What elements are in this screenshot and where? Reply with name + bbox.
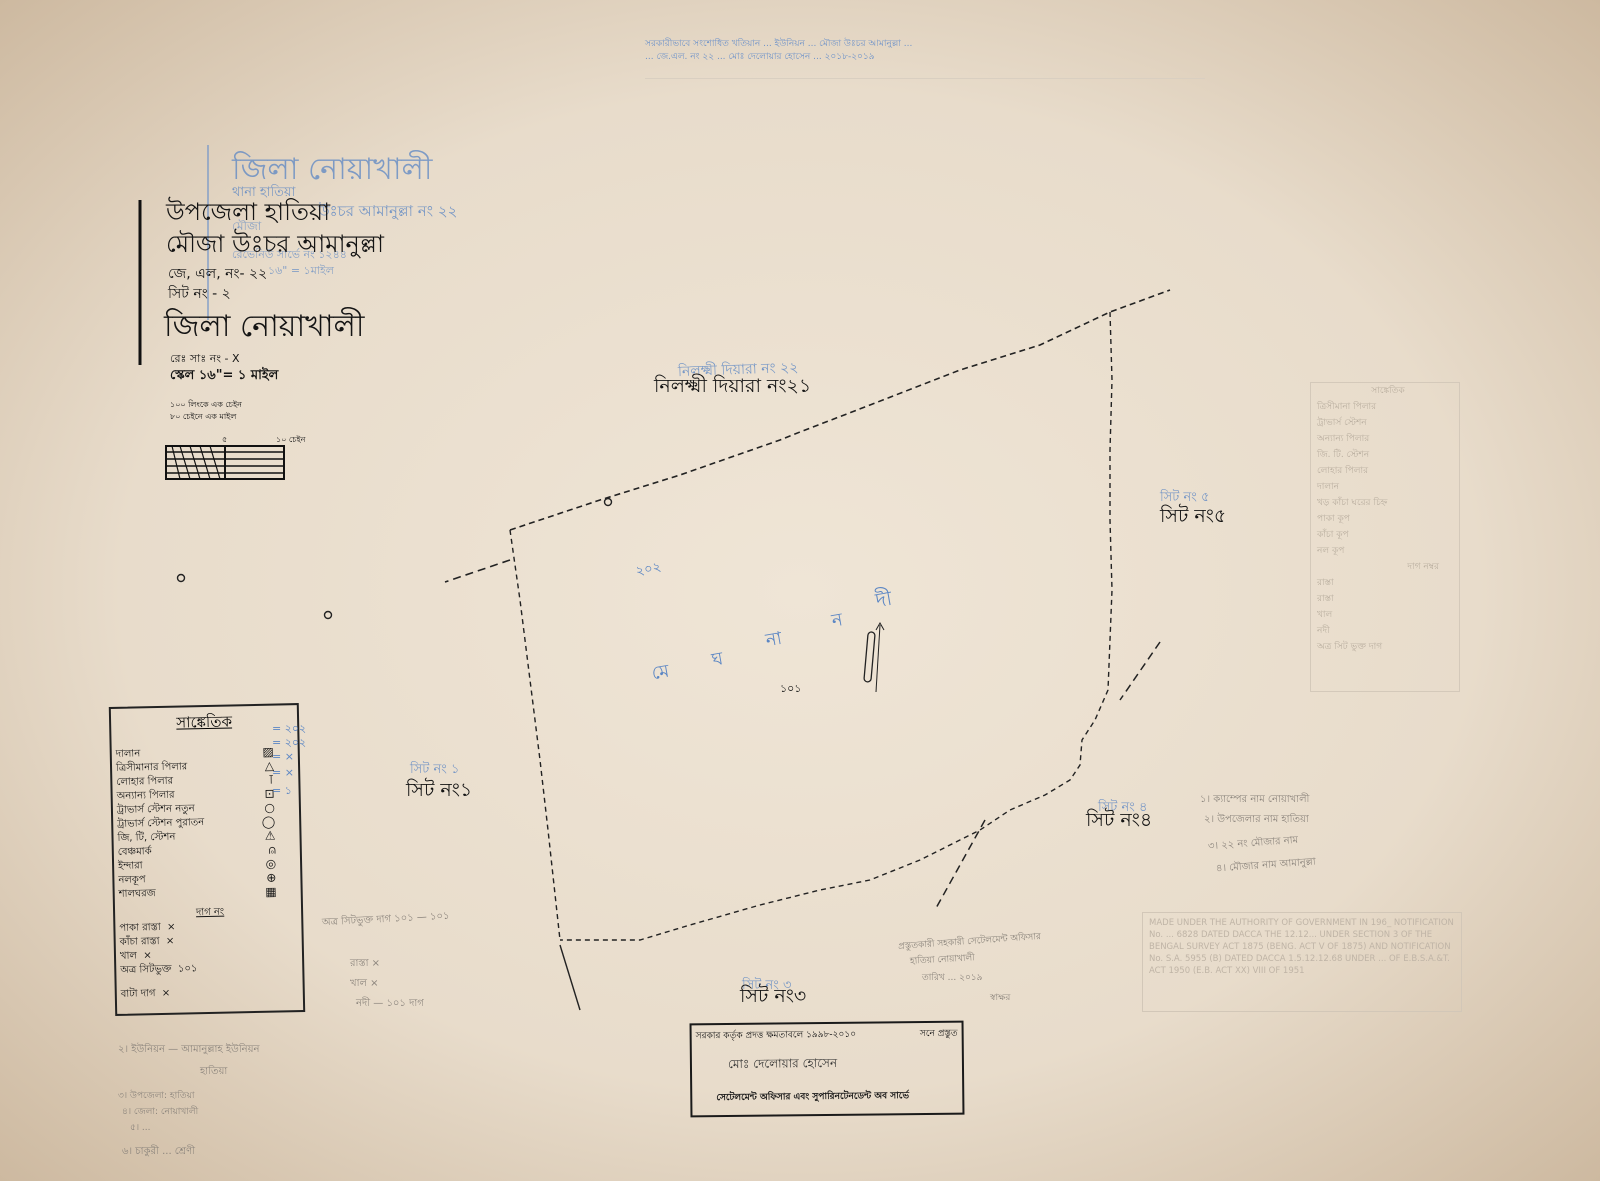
pencil-note: নদী — ১০১ দাগ	[356, 996, 424, 1013]
pencil-note: ১। ক্যাম্পের নাম নোয়াখালী	[1200, 792, 1309, 809]
stamp-line-1: সরকার কর্তৃক প্রদত্ত ক্ষমতাবলে ১৯৯৮-২০১০	[696, 1030, 857, 1042]
west-sheet: সিট নং১	[406, 776, 472, 808]
legend-note-3: = ×	[272, 750, 294, 763]
pencil-note: ৪। জেলা: নোয়াখালী	[122, 1104, 198, 1119]
legend-title: সাঙ্কেতিক	[111, 709, 297, 738]
legend-note-5: = ১	[272, 782, 292, 801]
stamp-line-1-right: সনে প্রস্তুত	[920, 1026, 958, 1041]
east-sheet: সিট নং৫	[1160, 502, 1226, 534]
dag-item: বাটা দাগ ×	[117, 984, 303, 1002]
map-sheet: সরকারীভাবে সংশোধিত খতিয়ান ... ইউনিয়ন .…	[0, 0, 1600, 1181]
pencil-note: স্বাক্ষর	[990, 990, 1010, 1005]
scale-note-2: ৮০ চেইনে এক মাইল	[170, 411, 236, 424]
pencil-note: ৫। ...	[130, 1120, 151, 1135]
stamp-designation: সেটেলমেন্ট অফিসার এবং সুপারিনটেনডেন্ট অব…	[692, 1074, 962, 1106]
pencil-note: ৩। উপজেলা: হাতিয়া	[118, 1088, 195, 1103]
pencil-note: রাস্তা ×	[350, 956, 380, 973]
reference-table: সাঙ্কেতিক ত্রিসীমানা পিলার ট্রাভার্স স্ট…	[1310, 382, 1460, 692]
pencil-note: হাতিয়া	[200, 1064, 227, 1081]
north-adjacent: নিলক্ষ্মী দিয়ারা নং২১	[654, 372, 811, 404]
legend-note-4: = ×	[272, 766, 294, 779]
pencil-note: খাল ×	[350, 976, 378, 993]
dag-item: অত্র সিটভুক্ত ১০১	[116, 960, 302, 978]
header-line-1: সরকারীভাবে সংশোধিত খতিয়ান ... ইউনিয়ন .…	[645, 38, 1205, 51]
scale-bar-mid: ৫	[222, 434, 227, 447]
north-arrow-icon	[864, 623, 884, 692]
scale-bar-end: ১০ চেইন	[276, 434, 305, 447]
southeast-sheet: সিট নং৪	[1086, 806, 1152, 838]
header-annotation: সরকারীভাবে সংশোধিত খতিয়ান ... ইউনিয়ন .…	[645, 38, 1205, 79]
header-line-2: ... জে.এল. নং ২২ ... মোঃ দেলোয়ার হোসেন …	[645, 51, 1205, 64]
mouza-label: মৌজা উঃচর আমানুল্লা	[166, 226, 384, 266]
traverse-station-new-icon: ○	[264, 801, 275, 815]
well-icon: ◎	[265, 857, 276, 871]
pencil-note: ৬। চাকুরী ... শ্রেণী	[122, 1144, 195, 1161]
benchmark-icon: ⍝	[268, 843, 275, 857]
south-sheet: সিট নং৩	[740, 982, 806, 1014]
settlement-stamp: সরকার কর্তৃক প্রদত্ত ক্ষমতাবলে ১৯৯৮-২০১০…	[690, 1021, 965, 1118]
tubewell-icon: ⊕	[266, 871, 276, 885]
gt-station-icon: ⚠	[265, 829, 276, 843]
pencil-note: তারিখ ... ২০১৯	[922, 970, 983, 985]
pencil-note: ২। ইউনিয়ন — আমানুল্লাহ ইউনিয়ন	[118, 1042, 260, 1059]
mouza-blue: উঃচর আমানুল্লা নং ২২	[318, 200, 457, 225]
scale-bar	[166, 446, 284, 479]
scale-label: স্কেল ১৬"= ১ মাইল	[170, 366, 278, 387]
stamp-signature: মোঃ দেলোয়ার হোসেন	[692, 1044, 962, 1077]
authority-notice: MADE UNDER THE AUTHORITY OF GOVERNMENT I…	[1142, 912, 1462, 1012]
plot-number: ১০১	[780, 680, 801, 699]
traverse-station-old-icon: ◯	[262, 815, 276, 829]
district-title: জিলা নোয়াখালী	[164, 302, 365, 353]
pencil-note: ২। উপজেলার নাম হাতিয়া	[1204, 812, 1309, 829]
legend-item: শালঘরজ▦	[115, 884, 301, 902]
culvert-icon: ▦	[265, 885, 277, 899]
